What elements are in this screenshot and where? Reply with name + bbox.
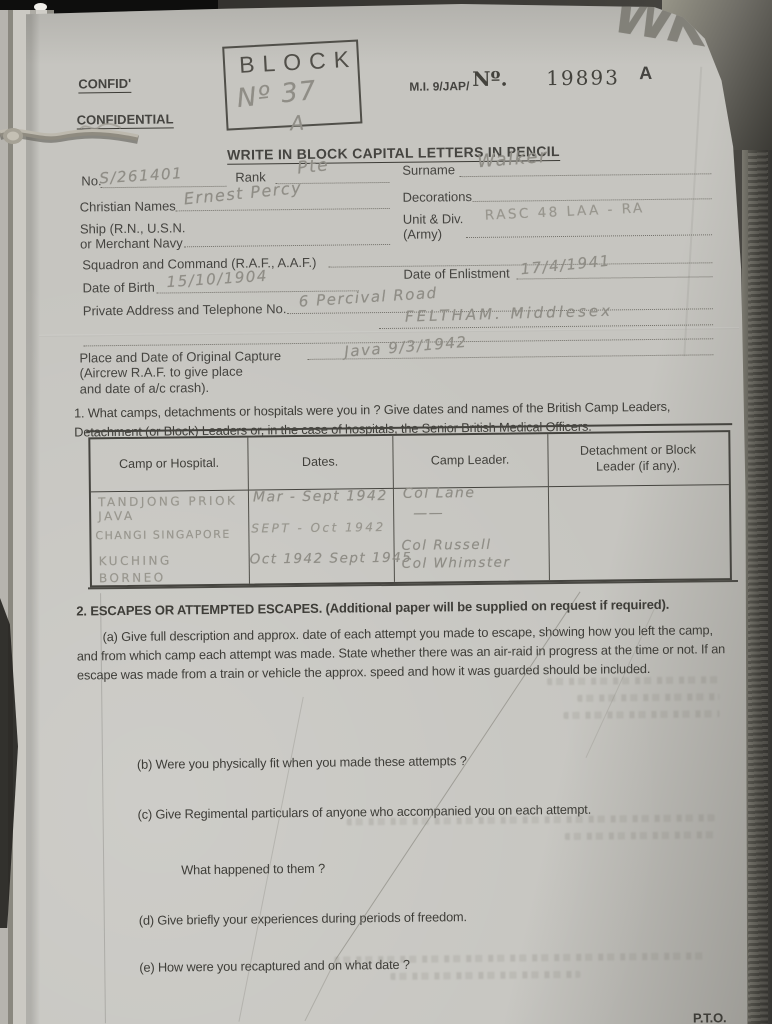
binding-string (0, 108, 140, 170)
ink-bleed-smudge (347, 814, 715, 852)
ink-bleed-smudge (334, 952, 706, 990)
photo-right-edge-texture (748, 0, 768, 1024)
ink-bleed-smudge (539, 676, 720, 729)
